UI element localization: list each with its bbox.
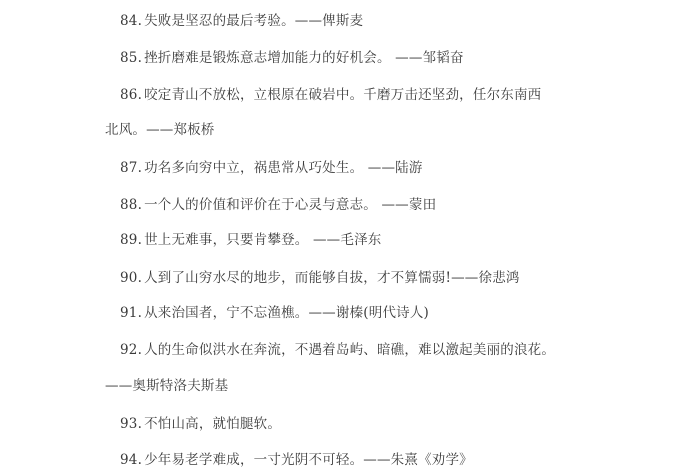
quote-number: 92. <box>120 342 142 358</box>
quote-text: 不怕山高，就怕腿软。 <box>144 416 281 432</box>
quote-86-continuation: 北风。——郑板桥 <box>105 121 215 139</box>
quote-91: 91.从来治国者，宁不忘渔樵。——谢榛(明代诗人) <box>120 304 429 322</box>
quote-90: 90.人到了山穷水尽的地步，而能够自拔，才不算懦弱!——徐悲鸿 <box>120 269 520 287</box>
quote-number: 87. <box>120 160 142 176</box>
quote-93: 93.不怕山高，就怕腿软。 <box>120 415 281 433</box>
quote-text: 世上无难事，只要肯攀登。 ——毛泽东 <box>144 232 381 248</box>
quote-text: 咬定青山不放松，立根原在破岩中。千磨万击还坚劲，任尔东南西 <box>144 87 541 103</box>
quote-text: 功名多向穷中立，祸患常从巧处生。 ——陆游 <box>144 160 423 176</box>
quote-89: 89.世上无难事，只要肯攀登。 ——毛泽东 <box>120 231 381 249</box>
quote-number: 85. <box>120 50 142 66</box>
quote-text: ——奥斯特洛夫斯基 <box>105 378 228 394</box>
quote-88: 88.一个人的价值和评价在于心灵与意志。 ——蒙田 <box>120 196 436 214</box>
quote-text: 人到了山穷水尽的地步，而能够自拔，才不算懦弱!——徐悲鸿 <box>144 270 520 286</box>
quote-number: 93. <box>120 416 142 432</box>
quote-number: 90. <box>120 270 142 286</box>
document-page: 84.失败是坚忍的最后考验。——俾斯麦 85.挫折磨难是锻炼意志增加能力的好机会… <box>0 0 700 470</box>
quote-text: 失败是坚忍的最后考验。——俾斯麦 <box>144 13 363 29</box>
quote-87: 87.功名多向穷中立，祸患常从巧处生。 ——陆游 <box>120 159 423 177</box>
quote-84: 84.失败是坚忍的最后考验。——俾斯麦 <box>120 12 363 30</box>
quote-number: 94. <box>120 452 142 468</box>
quote-text: 少年易老学难成，一寸光阴不可轻。——朱熹《劝学》 <box>144 452 473 468</box>
quote-number: 89. <box>120 232 142 248</box>
quote-86: 86.咬定青山不放松，立根原在破岩中。千磨万击还坚劲，任尔东南西 <box>120 86 541 104</box>
quote-text: 从来治国者，宁不忘渔樵。——谢榛(明代诗人) <box>144 305 429 321</box>
quote-text: 挫折磨难是锻炼意志增加能力的好机会。 ——邹韬奋 <box>144 50 464 66</box>
quote-number: 84. <box>120 13 142 29</box>
quote-number: 86. <box>120 87 142 103</box>
quote-85: 85.挫折磨难是锻炼意志增加能力的好机会。 ——邹韬奋 <box>120 49 464 67</box>
quote-text: 北风。——郑板桥 <box>105 122 215 138</box>
quote-text: 人的生命似洪水在奔流，不遇着岛屿、暗礁，难以激起美丽的浪花。 <box>144 342 555 358</box>
quote-number: 88. <box>120 197 142 213</box>
quote-92: 92.人的生命似洪水在奔流，不遇着岛屿、暗礁，难以激起美丽的浪花。 <box>120 341 555 359</box>
quote-number: 91. <box>120 305 142 321</box>
quote-text: 一个人的价值和评价在于心灵与意志。 ——蒙田 <box>144 197 436 213</box>
quote-94: 94.少年易老学难成，一寸光阴不可轻。——朱熹《劝学》 <box>120 451 473 469</box>
quote-92-continuation: ——奥斯特洛夫斯基 <box>105 377 228 395</box>
